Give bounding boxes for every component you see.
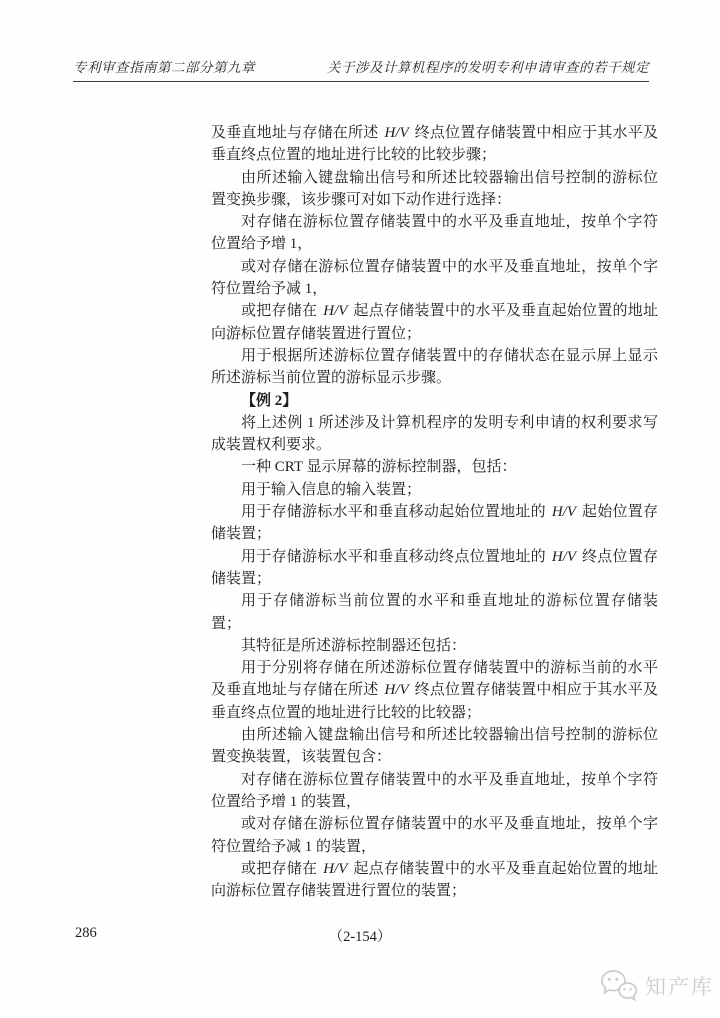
document-page: 专利审查指南第二部分第九章 关于涉及计算机程序的发明专利申请审查的若干规定 及垂… bbox=[0, 0, 720, 1018]
page-header: 专利审查指南第二部分第九章 关于涉及计算机程序的发明专利申请审查的若干规定 bbox=[73, 56, 649, 82]
paragraph: 将上述例 1 所述涉及计算机程序的发明专利申请的权利要求写成装置权利要求。 bbox=[211, 412, 658, 457]
paragraph: 用于存储游标水平和垂直移动起始位置地址的 H/V 起始位置存储装置； bbox=[211, 501, 658, 546]
paragraph: 其特征是所述游标控制器还包括： bbox=[211, 635, 658, 657]
header-right-title: 关于涉及计算机程序的发明专利申请审查的若干规定 bbox=[327, 56, 649, 76]
paragraph: 一种 CRT 显示屏幕的游标控制器，包括： bbox=[211, 456, 658, 478]
watermark-label: 知产库 bbox=[645, 971, 714, 1001]
paragraph: 由所述输入键盘输出信号和所述比较器输出信号控制的游标位置变换装置，该装置包含： bbox=[211, 724, 658, 769]
wechat-icon bbox=[600, 969, 638, 1002]
document-body: 及垂直地址与存储在所述 H/V 终点位置存储装置中相应于其水平及垂直终点位置的地… bbox=[211, 122, 658, 902]
paragraph: 用于存储游标水平和垂直移动终点位置地址的 H/V 终点位置存储装置； bbox=[211, 546, 658, 591]
paragraph: 用于存储游标当前位置的水平和垂直地址的游标位置存储装置； bbox=[211, 590, 658, 635]
paragraph: 或对存储在游标位置存储装置中的水平及垂直地址，按单个字符位置给予减 1， bbox=[211, 256, 658, 301]
paragraph: 用于分别将存储在所述游标位置存储装置中的游标当前的水平及垂直地址与存储在所述 H… bbox=[211, 657, 658, 724]
watermark: 知产库 bbox=[600, 969, 714, 1002]
paragraph: 对存储在游标位置存储装置中的水平及垂直地址，按单个字符位置给予增 1， bbox=[211, 211, 658, 256]
paragraph: 及垂直地址与存储在所述 H/V 终点位置存储装置中相应于其水平及垂直终点位置的地… bbox=[211, 122, 658, 167]
header-left-title: 专利审查指南第二部分第九章 bbox=[73, 56, 255, 76]
paragraph: 用于根据所述游标位置存储装置中的存储状态在显示屏上显示所述游标当前位置的游标显示… bbox=[211, 345, 658, 390]
example-2-heading: 【例 2】 bbox=[211, 390, 658, 412]
paragraph: 或把存储在 H/V 起点存储装置中的水平及垂直起始位置的地址向游标位置存储装置进… bbox=[211, 858, 658, 903]
paragraph: 用于输入信息的输入装置； bbox=[211, 479, 658, 501]
paragraph: 对存储在游标位置存储装置中的水平及垂直地址，按单个字符位置给予增 1 的装置， bbox=[211, 769, 658, 814]
paragraph: 或对存储在游标位置存储装置中的水平及垂直地址，按单个字符位置给予减 1 的装置， bbox=[211, 813, 658, 858]
paragraph: 由所述输入键盘输出信号和所述比较器输出信号控制的游标位置变换步骤，该步骤可对如下… bbox=[211, 167, 658, 212]
paragraph: 或把存储在 H/V 起点存储装置中的水平及垂直起始位置的地址向游标位置存储装置进… bbox=[211, 300, 658, 345]
section-page-number: （2-154） bbox=[0, 925, 720, 946]
